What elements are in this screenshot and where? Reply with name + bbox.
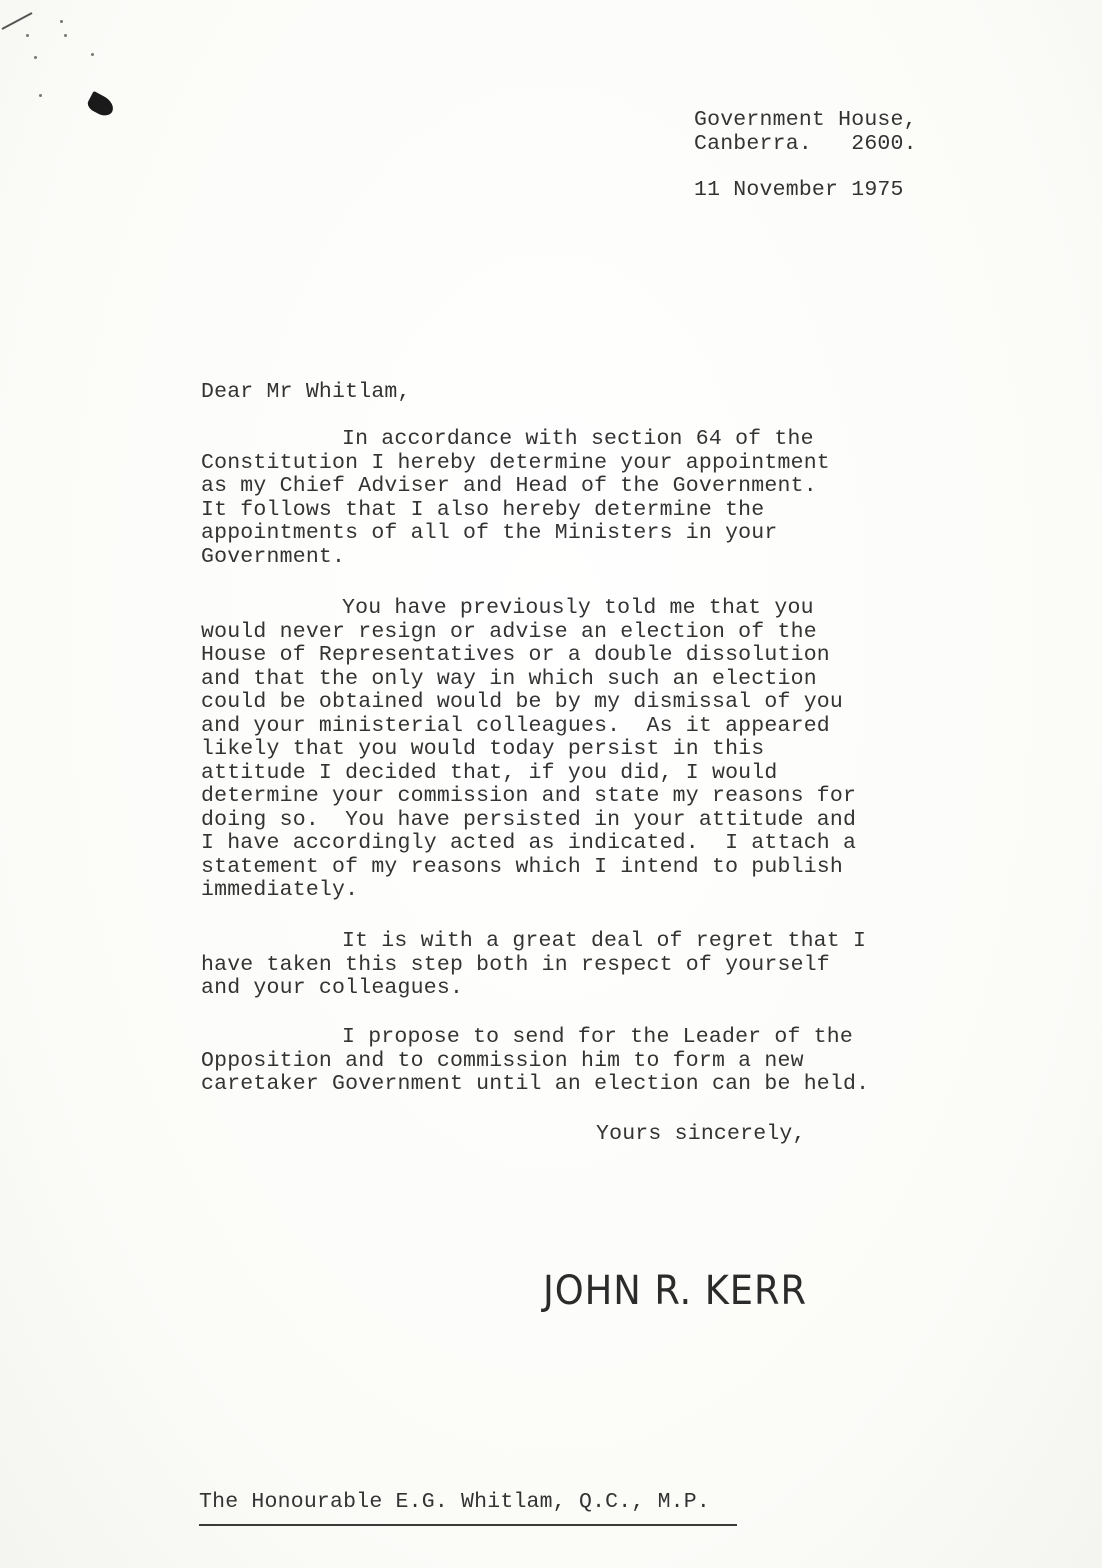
speck-mark [34, 56, 37, 59]
text-line: caretaker Government until an election c… [201, 1073, 869, 1097]
text-line: Opposition and to commission him to form… [201, 1050, 869, 1074]
signature: JOHN R. KERR [543, 1268, 807, 1314]
speck-mark [39, 94, 42, 97]
address-line: Canberra. 2600. [694, 132, 917, 156]
address-line: Government House, [694, 108, 917, 132]
text-line: I propose to send for the Leader of the [201, 1026, 869, 1050]
text-line: immediately. [201, 879, 856, 903]
text-line: In accordance with section 64 of the [201, 428, 830, 452]
addressee: The Honourable E.G. Whitlam, Q.C., M.P. [199, 1490, 710, 1514]
text-line: and your ministerial colleagues. As it a… [201, 715, 856, 739]
text-line: and your colleagues. [201, 977, 866, 1001]
text-line: I have accordingly acted as indicated. I… [201, 832, 856, 856]
text-line: It is with a great deal of regret that I [201, 930, 866, 954]
text-line: Government. [201, 546, 830, 570]
paragraph: In accordance with section 64 of the Con… [201, 428, 830, 569]
text-line: likely that you would today persist in t… [201, 738, 856, 762]
paragraph: You have previously told me that you wou… [201, 597, 856, 903]
text-line: have taken this step both in respect of … [201, 954, 866, 978]
text-line: statement of my reasons which I intend t… [201, 856, 856, 880]
text-line: could be obtained would be by my dismiss… [201, 691, 856, 715]
speck-mark [91, 53, 94, 56]
text-line: You have previously told me that you [201, 597, 856, 621]
text-line: appointments of all of the Ministers in … [201, 522, 830, 546]
paragraph: I propose to send for the Leader of the … [201, 1026, 869, 1097]
speck-mark [64, 34, 67, 37]
text-line: It follows that I also hereby determine … [201, 499, 830, 523]
speck-mark [60, 20, 63, 23]
text-line: Constitution I hereby determine your app… [201, 452, 830, 476]
text-line: as my Chief Adviser and Head of the Gove… [201, 475, 830, 499]
salutation: Dear Mr Whitlam, [201, 380, 411, 404]
text-line: doing so. You have persisted in your att… [201, 809, 856, 833]
text-line: attitude I decided that, if you did, I w… [201, 762, 856, 786]
ink-blot [85, 91, 116, 119]
pen-mark [2, 12, 33, 30]
text-line: House of Representatives or a double dis… [201, 644, 856, 668]
addressee-underline [199, 1524, 737, 1526]
letter-page: Government House, Canberra. 2600. 11 Nov… [0, 0, 1102, 1568]
text-line: would never resign or advise an election… [201, 621, 856, 645]
paragraph: It is with a great deal of regret that I… [201, 930, 866, 1001]
letter-date: 11 November 1975 [694, 178, 904, 202]
sender-address: Government House, Canberra. 2600. [694, 108, 917, 156]
text-line: and that the only way in which such an e… [201, 668, 856, 692]
closing: Yours sincerely, [596, 1122, 806, 1146]
text-line: determine your commission and state my r… [201, 785, 856, 809]
speck-mark [26, 34, 29, 37]
